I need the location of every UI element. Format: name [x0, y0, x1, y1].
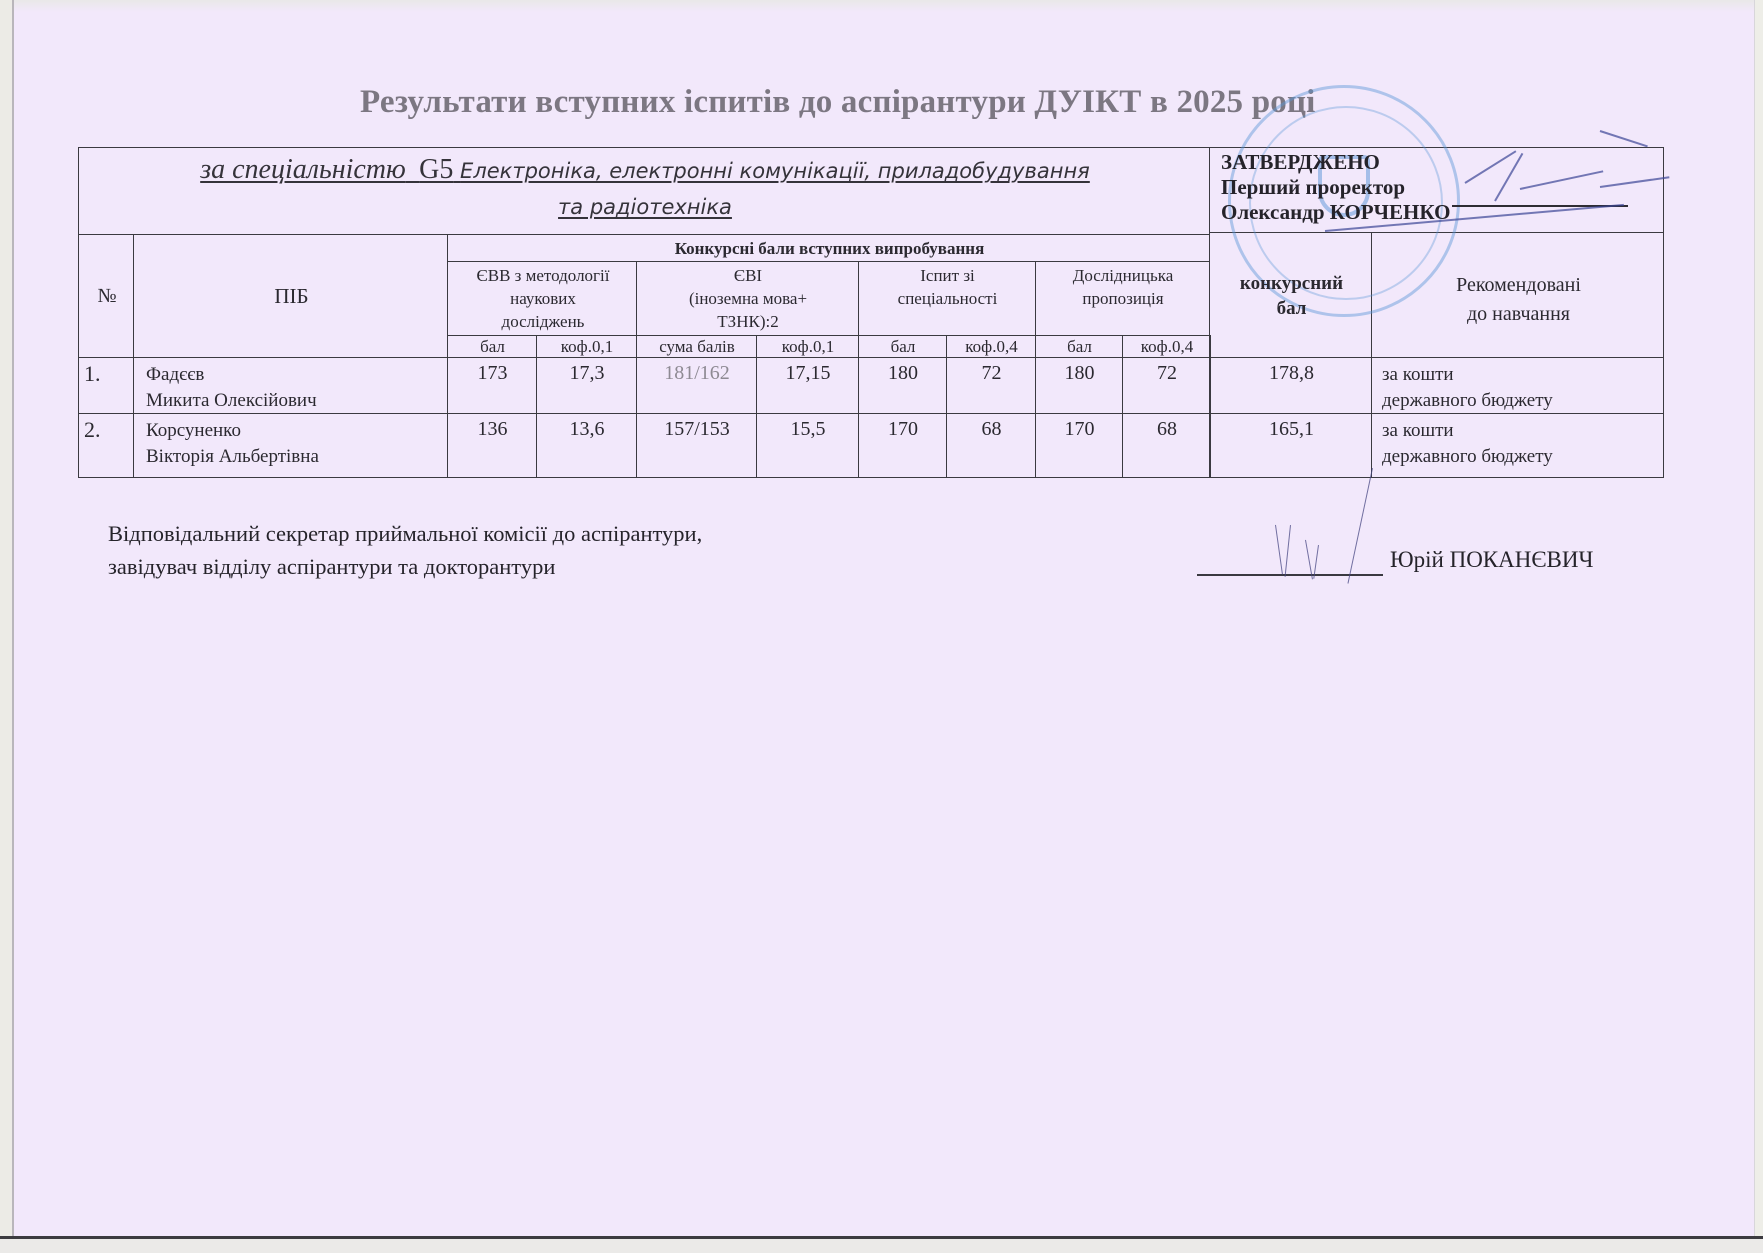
subject-header-label: ЄВВ з методологіїнауковихдосліджень — [448, 264, 638, 333]
subject-header-line: ЄВВ з методології — [448, 264, 638, 287]
subcolumn-header-label: коф.0,1 — [537, 337, 637, 356]
specialty-name-line2: та радіотехніка — [558, 195, 732, 219]
header-total: конкурсний бал — [1210, 271, 1373, 321]
row-number: 2. — [84, 418, 134, 443]
row-score-value: 136 — [448, 418, 537, 440]
header-total-line2: бал — [1210, 296, 1373, 321]
subject-header-line: ТЗНК):2 — [637, 310, 859, 333]
subject-header-line: спеціальності — [859, 287, 1036, 310]
subcolumn-header-label: бал — [859, 337, 947, 356]
subject-header-line: наукових — [448, 287, 638, 310]
scan-left-edge — [0, 0, 14, 1253]
footer-line1: Відповідальний секретар приймальної комі… — [108, 517, 702, 550]
subcolumn-header-label: коф.0,4 — [947, 337, 1036, 356]
header-recommended: Рекомендовані до навчання — [1372, 271, 1665, 329]
row-total: 178,8 — [1210, 362, 1373, 384]
row-score-value: 68 — [1123, 418, 1211, 440]
row-score-value: 180 — [859, 362, 947, 384]
footer-line2: завідувач відділу аспірантури та доктора… — [108, 550, 702, 583]
approval-position: Перший проректор — [1221, 175, 1450, 200]
scan-right-edge — [1754, 0, 1763, 1253]
subcolumn-header-label: коф.0,1 — [757, 337, 859, 356]
scan-top-edge — [0, 0, 1763, 12]
row-score-value: 170 — [1036, 418, 1123, 440]
subcolumn-header-label: коф.0,4 — [1123, 337, 1211, 356]
subject-header-label: Іспит зіспеціальності — [859, 264, 1036, 310]
subcolumn-header-label: сума балів — [637, 337, 757, 356]
row-score-value: 181/162 — [637, 362, 757, 384]
row-score-value: 17,15 — [757, 362, 859, 384]
subject-header-line: ЄВІ — [637, 264, 859, 287]
row-score-value: 15,5 — [757, 418, 859, 440]
row-number: 1. — [84, 362, 134, 387]
header-group: Конкурсні бали вступних випробування — [448, 239, 1211, 258]
header-number: № — [79, 285, 135, 307]
subcolumn-header-label: бал — [448, 337, 537, 356]
row-score-value: 72 — [1123, 362, 1211, 384]
subject-header-line: Дослідницька — [1036, 264, 1210, 287]
row-score-value: 180 — [1036, 362, 1123, 384]
specialty-code: G5 — [419, 154, 453, 185]
row-recommended-line2: державного бюджету — [1382, 385, 1662, 416]
subcolumn-header-label: бал — [1036, 337, 1123, 356]
row-score-value: 13,6 — [537, 418, 637, 440]
approval-label: ЗАТВЕРДЖЕНО — [1221, 150, 1450, 175]
row-recommended-line2: державного бюджету — [1382, 441, 1662, 472]
subject-header-label: Дослідницькапропозиція — [1036, 264, 1210, 310]
row-given-names: Вікторія Альбертівна — [146, 441, 446, 472]
header-full-name: ПІБ — [134, 285, 449, 309]
row-total: 165,1 — [1210, 418, 1373, 440]
footer-signatory-title: Відповідальний секретар приймальної комі… — [108, 517, 702, 583]
scan-bottom-edge — [0, 1236, 1763, 1253]
specialty-lead: за спеціальністю — [200, 154, 406, 185]
row-score-value: 170 — [859, 418, 947, 440]
footer-signature-line — [1197, 574, 1383, 576]
specialty-heading: за спеціальністю G5 Електроніка, електро… — [80, 152, 1210, 225]
row-score-value: 68 — [947, 418, 1036, 440]
subject-header-line: досліджень — [448, 310, 638, 333]
approval-block: ЗАТВЕРДЖЕНО Перший проректор Олександр К… — [1221, 150, 1450, 225]
subject-header-line: пропозиція — [1036, 287, 1210, 310]
document-title: Результати вступних іспитів до аспіранту… — [360, 84, 1316, 121]
row-score-value: 72 — [947, 362, 1036, 384]
header-recommended-line2: до навчання — [1372, 300, 1665, 329]
row-score-value: 17,3 — [537, 362, 637, 384]
row-score-value: 157/153 — [637, 418, 757, 440]
specialty-name-line1: Електроніка, електронні комунікації, при… — [460, 159, 1090, 183]
header-recommended-line1: Рекомендовані — [1372, 271, 1665, 300]
header-total-line1: конкурсний — [1210, 271, 1373, 296]
subject-header-line: (іноземна мова+ — [637, 287, 859, 310]
subject-header-line: Іспит зі — [859, 264, 1036, 287]
subject-header-label: ЄВІ(іноземна мова+ТЗНК):2 — [637, 264, 859, 333]
row-score-value: 173 — [448, 362, 537, 384]
row-given-names: Микита Олексійович — [146, 385, 446, 416]
footer-signatory-name: Юрій ПОКАНЄВИЧ — [1390, 547, 1593, 573]
